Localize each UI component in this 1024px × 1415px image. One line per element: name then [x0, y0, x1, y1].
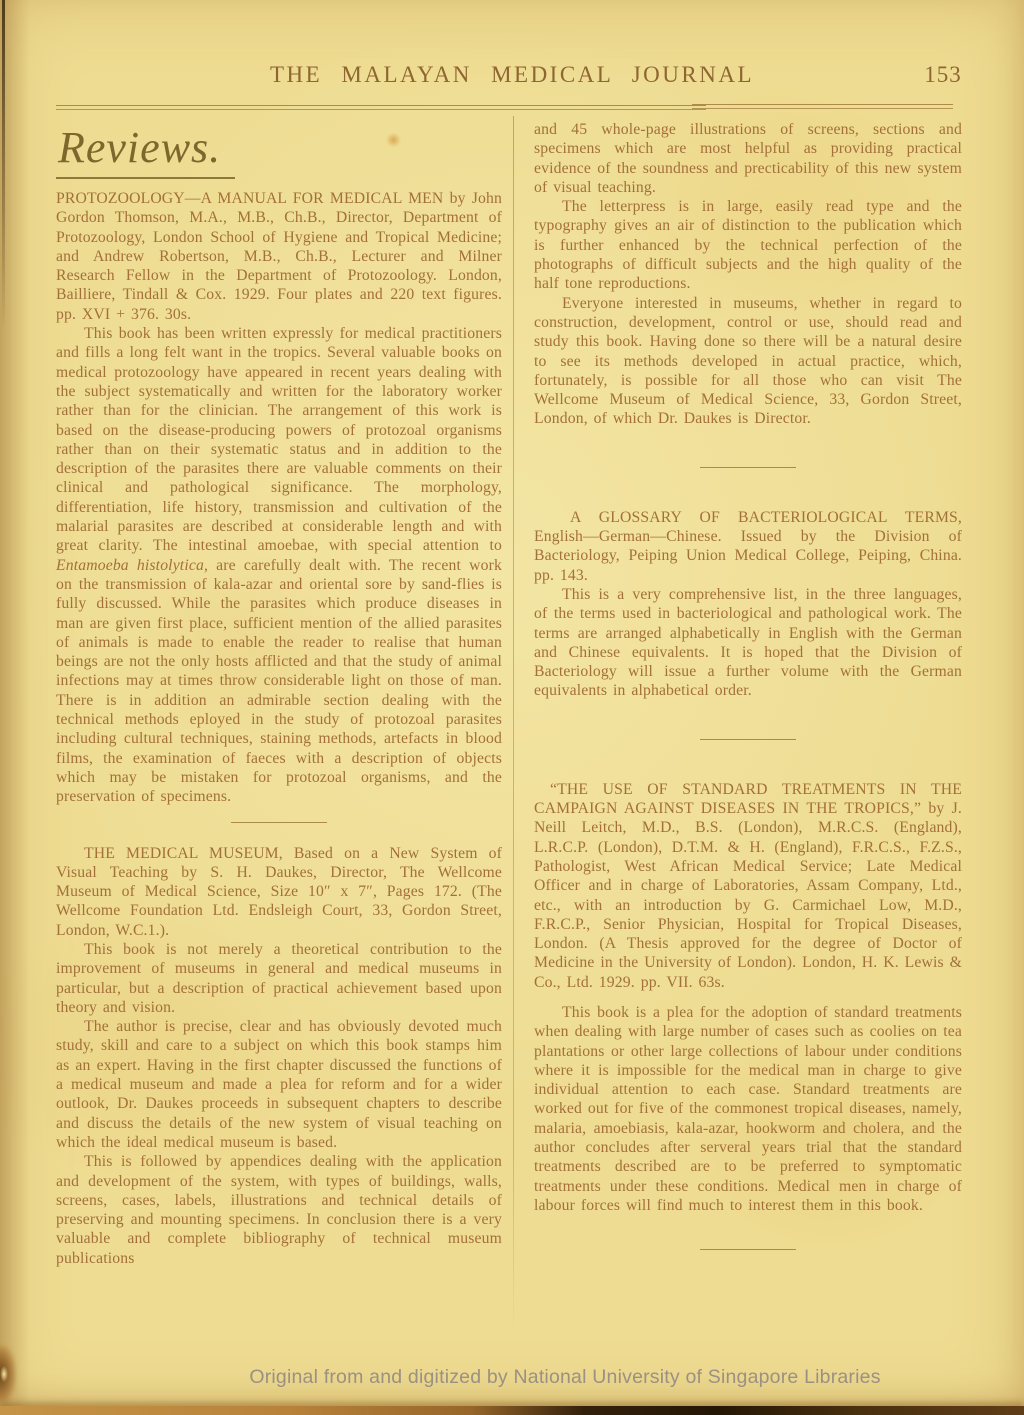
- medical-museum-paragraph: This book is not merely a theoretical co…: [56, 940, 502, 1017]
- page-edge-line: [2, 0, 5, 330]
- medical-museum-continuation-paragraph: The letterpress is in large, easily read…: [534, 197, 962, 293]
- reviews-section-heading: Reviews.: [56, 122, 235, 179]
- section-separator: [231, 822, 327, 823]
- header-rule-left: [56, 105, 706, 110]
- protozoology-review-body: This book has been written expressly for…: [56, 324, 502, 806]
- digitization-watermark: Original from and digitized by National …: [249, 1366, 880, 1389]
- section-separator: [700, 739, 796, 740]
- medical-museum-paragraph: This is followed by appendices dealing w…: [56, 1152, 502, 1268]
- medical-museum-continuation-paragraph: and 45 whole-page illustrations of scree…: [534, 120, 962, 197]
- left-column: Reviews. PROTOZOOLOGY—A MANUAL FOR MEDIC…: [56, 122, 502, 1268]
- section-separator: [700, 1249, 796, 1250]
- glossary-paragraph: This is a very comprehensive list, in th…: [534, 585, 962, 701]
- column-divider: [513, 116, 514, 1338]
- page-number: 153: [908, 62, 978, 88]
- scanned-journal-page: THE MALAYAN MEDICAL JOURNAL 153 Reviews.…: [0, 0, 1024, 1415]
- page-bottom-edge: [0, 1406, 1024, 1415]
- paper-stain: [386, 133, 401, 147]
- medical-museum-paragraph: The author is precise, clear and has obv…: [56, 1017, 502, 1152]
- section-separator: [700, 467, 796, 468]
- glossary-citation: A GLOSSARY OF BACTERIOLOGICAL TERMS, Eng…: [534, 508, 962, 585]
- protozoology-citation: PROTOZOOLOGY—A MANUAL FOR MEDICAL MEN by…: [56, 189, 502, 324]
- right-column: and 45 whole-page illustrations of scree…: [534, 120, 962, 1250]
- corner-highlight: [0, 1366, 8, 1382]
- medical-museum-citation: THE MEDICAL MUSEUM, Based on a New Syste…: [56, 844, 502, 940]
- journal-title: THE MALAYAN MEDICAL JOURNAL: [0, 62, 1024, 88]
- header-rule-right: [692, 104, 953, 109]
- standard-treatments-citation: “THE USE OF STANDARD TREATMENTS IN THE C…: [534, 780, 962, 992]
- medical-museum-continuation-paragraph: Everyone interested in museums, whether …: [534, 294, 962, 429]
- standard-treatments-paragraph: This book is a plea for the adoption of …: [534, 1003, 962, 1215]
